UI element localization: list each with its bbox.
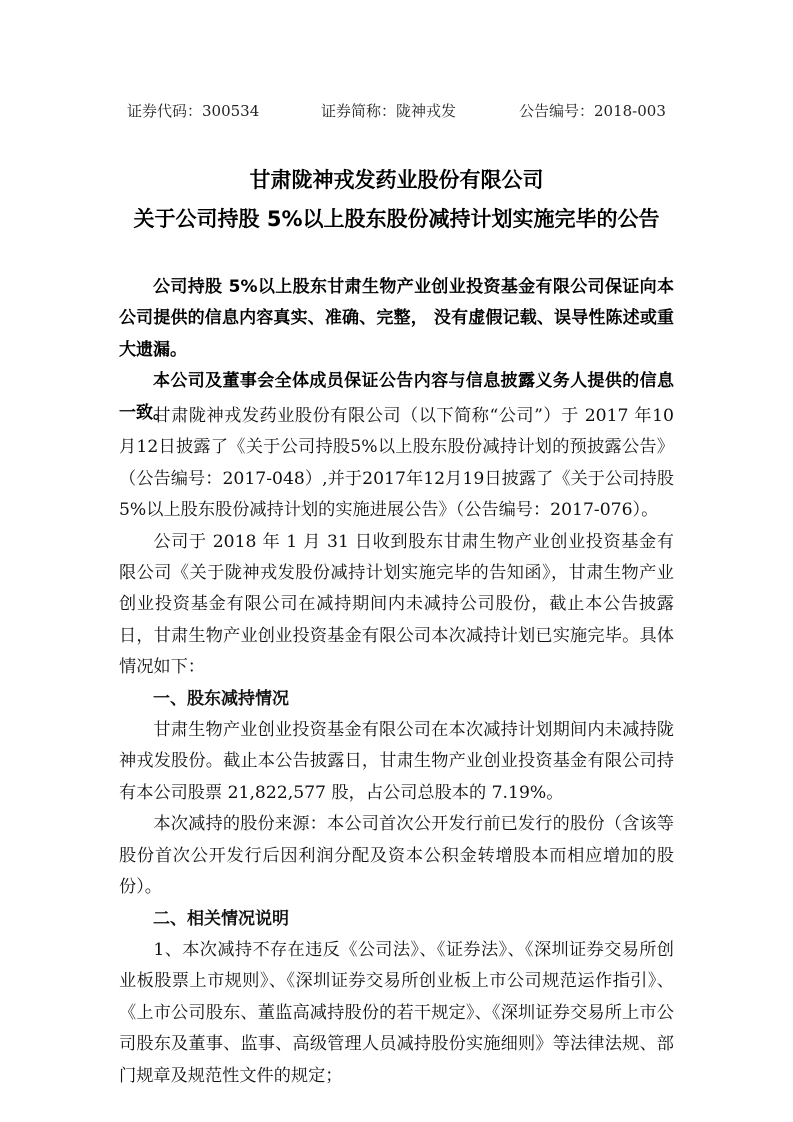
document-page: 证券代码：300534 证券简称：陇神戎发 公告编号：2018-003 甘肃陇神… <box>0 0 793 1122</box>
body-paragraph-background: 甘肃陇神戎发药业股份有限公司（以下简称“公司”）于 2017 年10月12日披露… <box>119 401 674 527</box>
stock-short-name: 证券简称：陇神戎发 <box>321 101 456 121</box>
announcement-number: 公告编号：2018-003 <box>519 101 666 121</box>
section-heading-reduction: 一、股东减持情况 <box>119 684 674 715</box>
statement-paragraph-shareholder: 公司持股 5%以上股东甘肃生物产业创业投资基金有限公司保证向本公司提供的信息内容… <box>119 272 674 366</box>
announcement-body: 甘肃陇神戎发药业股份有限公司（以下简称“公司”）于 2017 年10月12日披露… <box>119 401 674 1092</box>
company-title: 甘肃陇神戎发药业股份有限公司 <box>0 166 793 194</box>
announcement-title: 关于公司持股 5%以上股东股份减持计划实施完毕的公告 <box>0 205 793 233</box>
body-paragraph-compliance: 1、本次减持不存在违反《公司法》、《证券法》、《深圳证券交易所创业板股票上市规则… <box>119 935 674 1092</box>
body-paragraph-holding: 甘肃生物产业创业投资基金有限公司在本次减持计划期间内未减持陇神戎发股份。截止本公… <box>119 715 674 809</box>
section-heading-explanation: 二、相关情况说明 <box>119 904 674 935</box>
stock-code: 证券代码：300534 <box>127 101 259 121</box>
body-paragraph-notice: 公司于 2018 年 1 月 31 日收到股东甘肃生物产业创业投资基金有限公司《… <box>119 527 674 684</box>
body-paragraph-share-source: 本次减持的股份来源：本公司首次公开发行前已发行的股份（含该等股份首次公开发行后因… <box>119 809 674 903</box>
